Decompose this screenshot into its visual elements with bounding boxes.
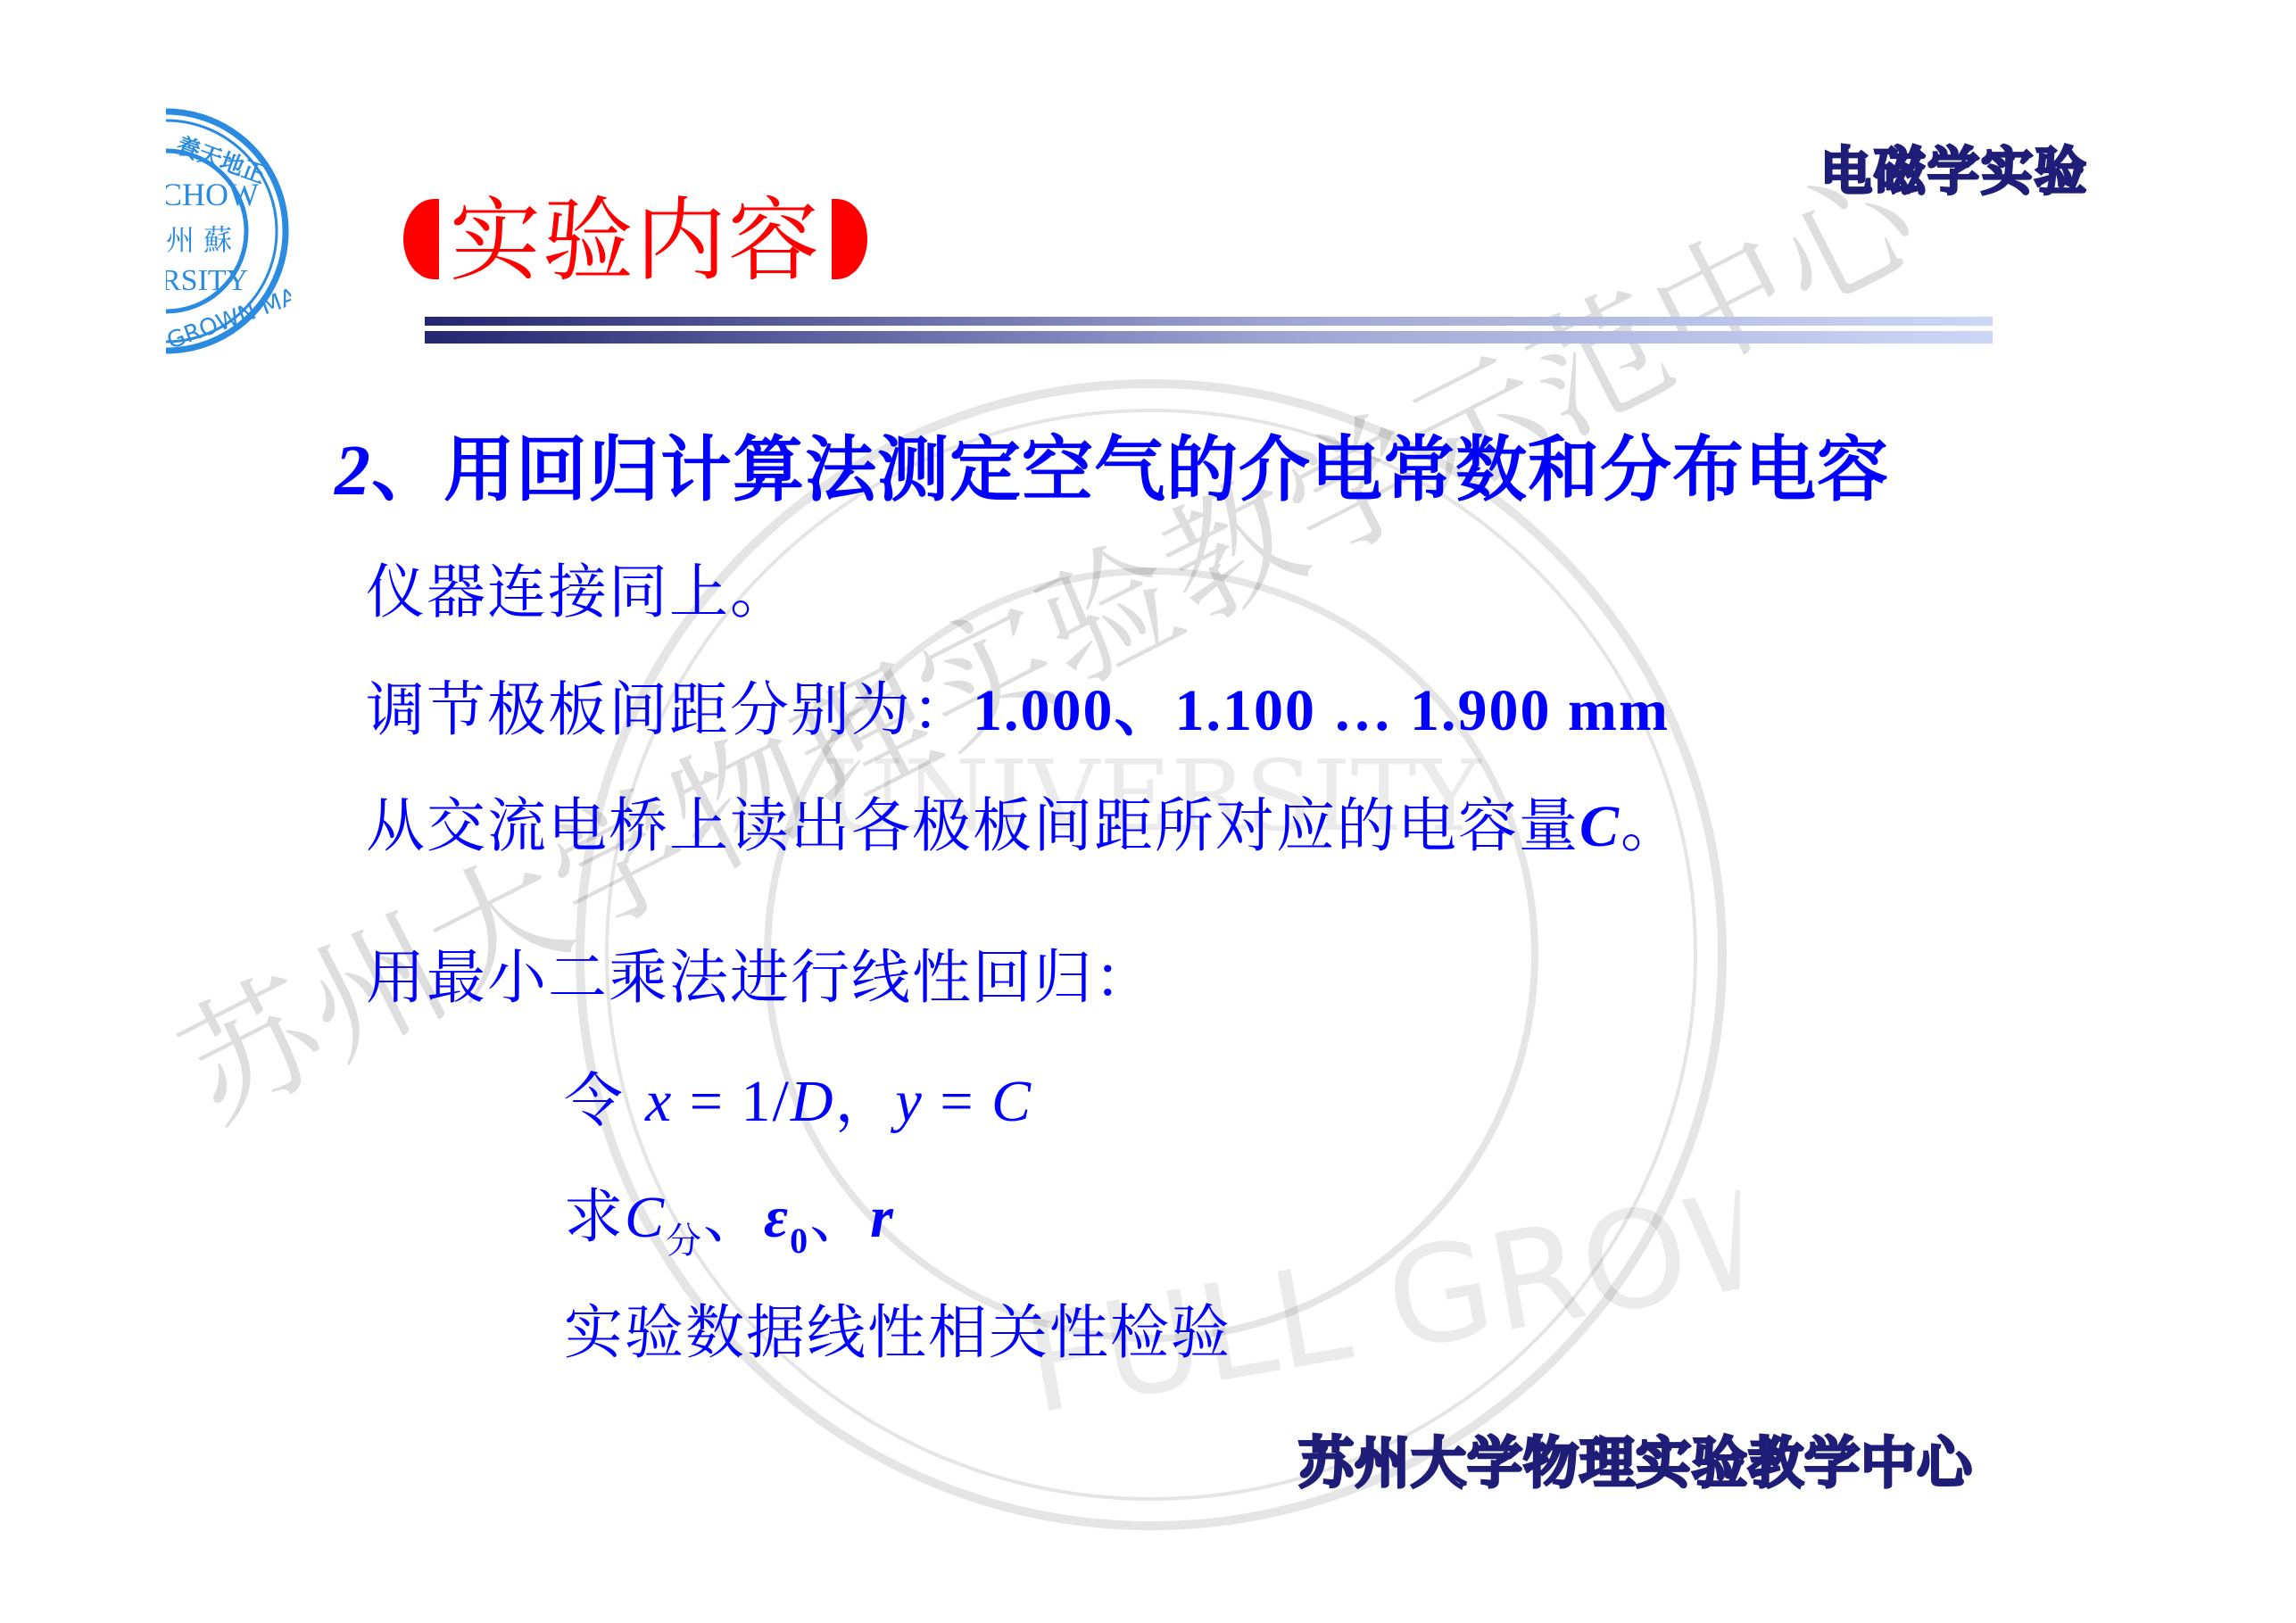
- spacing-values: 1.000、1.100 … 1.900 mm: [973, 678, 1670, 743]
- title-divider-top: [425, 317, 1993, 326]
- instruction-line-regression: 用最小二乘法进行线性回归：: [366, 930, 1155, 1014]
- find-sep2: 、: [809, 1182, 870, 1251]
- find-sep1: 、: [703, 1182, 764, 1251]
- footer-label: 苏州大学物理实验教学中心: [1298, 1419, 1973, 1498]
- capacitance-var: C: [1579, 794, 1620, 859]
- instruction-line-setup: 仪器连接同上。: [366, 544, 791, 629]
- read-suffix: 。: [1620, 791, 1681, 860]
- section-number: 2: [335, 432, 371, 510]
- spacing-prefix: 调节极板间距分别为：: [366, 675, 973, 744]
- var-y: y: [896, 1069, 924, 1134]
- page-title: 实验内容: [403, 196, 867, 287]
- title-text: 实验内容: [450, 188, 821, 294]
- read-prefix: 从交流电桥上读出各极板间距所对应的电容量: [366, 791, 1579, 860]
- university-logo: 養天地正 CHOW 州 蘇 RSITY GROWN MAN: [166, 107, 291, 355]
- var-C: C: [991, 1069, 1032, 1134]
- instruction-line-read-capacitance: 从交流电桥上读出各极板间距所对应的电容量C。: [366, 778, 1681, 863]
- formula-prefix: 令: [564, 1066, 645, 1135]
- left-bracket-icon: [403, 199, 439, 279]
- find-prefix: 求: [564, 1182, 625, 1251]
- var-C-sub: 分: [666, 1221, 703, 1262]
- formula-eq2: =: [924, 1069, 991, 1134]
- right-bracket-icon: [832, 199, 867, 279]
- var-epsilon-sub: 0: [790, 1221, 809, 1261]
- section-heading-text: 、用回归计算法测定空气的介电常数和分布电容: [371, 428, 1889, 511]
- instruction-line-correlation: 实验数据线性相关性检验: [564, 1285, 1231, 1370]
- formula-eq1: = 1/: [673, 1069, 791, 1134]
- var-epsilon: ε: [764, 1185, 790, 1250]
- section-heading: 2、用回归计算法测定空气的介电常数和分布电容: [335, 412, 1889, 515]
- svg-text:RSITY: RSITY: [166, 264, 248, 297]
- var-D: D: [791, 1069, 835, 1134]
- instruction-line-spacing: 调节极板间距分别为：1.000、1.100 … 1.900 mm: [366, 662, 1670, 747]
- var-r: r: [870, 1185, 895, 1250]
- svg-text:州 蘇: 州 蘇: [166, 223, 232, 257]
- formula-substitution: 令 x = 1/D，y = C: [564, 1053, 1032, 1138]
- var-x: x: [645, 1069, 673, 1134]
- formula-sep: ，: [835, 1066, 896, 1135]
- university-seal-icon: 養天地正 CHOW 州 蘇 RSITY GROWN MAN: [166, 107, 291, 355]
- course-label: 电磁学实验: [1820, 129, 2088, 204]
- var-C-dist: C: [625, 1185, 666, 1250]
- title-divider-bottom: [425, 331, 1993, 344]
- formula-find: 求C分、ε0、r: [564, 1169, 895, 1263]
- svg-text:CHOW: CHOW: [166, 177, 259, 212]
